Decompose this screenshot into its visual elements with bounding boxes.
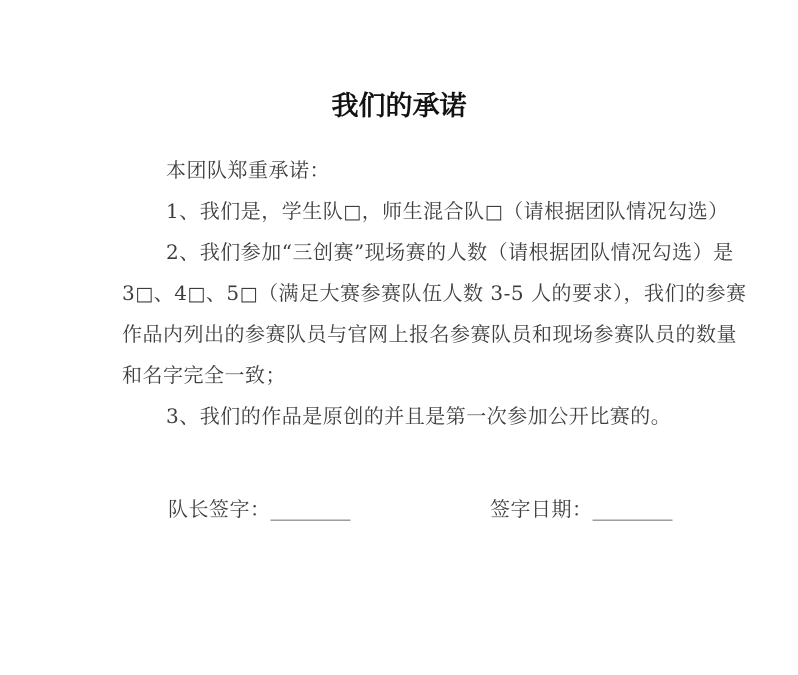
item-2-options-line: 3□、4□、5□（满足大赛参赛队伍人数 3-5 人的要求），我们的参赛 [122, 273, 722, 314]
item1-between-text: ，师生混合队 [362, 199, 485, 223]
checkbox-teacher-student-mixed-team[interactable]: □ [485, 203, 503, 222]
option-separator-2: 、 [206, 281, 227, 305]
item-2-line-1: 2、我们参加“三创赛”现场赛的人数（请根据团队情况勾选）是 [122, 232, 722, 273]
page-title: 我们的承诺 [0, 84, 798, 123]
option-5-number: 5 [226, 281, 239, 305]
pledge-intro-line: 本团队郑重承诺： [122, 150, 722, 191]
pledge-intro-text: 本团队郑重承诺： [166, 158, 330, 182]
item-2-line-3: 作品内列出的参赛队员与官网上报名参赛队员和现场参赛队员的数量 [122, 314, 722, 355]
option-3-number: 3 [122, 281, 135, 305]
checkbox-4-members[interactable]: □ [187, 285, 205, 304]
captain-signature-blank[interactable]: ________ [271, 489, 351, 530]
document-body: 本团队郑重承诺： 1、我们是，学生队□，师生混合队□（请根据团队情况勾选） 2、… [122, 150, 722, 437]
item-1-line: 1、我们是，学生队□，师生混合队□（请根据团队情况勾选） [122, 191, 722, 232]
item-2-line-4: 和名字完全一致； [122, 355, 722, 396]
signature-date-blank[interactable]: ________ [593, 489, 673, 530]
captain-signature-label: 队长签字： [168, 497, 271, 521]
item1-lead-text: 1、我们是，学生队 [166, 199, 343, 223]
signature-date-group: 签字日期：________ [490, 489, 673, 530]
checkbox-student-team[interactable]: □ [343, 203, 361, 222]
signature-row: 队长签字：________ 签字日期：________ [0, 489, 798, 530]
option-separator-1: 、 [154, 281, 175, 305]
item2-line3-text: 作品内列出的参赛队员与官网上报名参赛队员和现场参赛队员的数量 [122, 322, 737, 346]
option-4-number: 4 [174, 281, 187, 305]
signature-date-label: 签字日期： [490, 497, 593, 521]
item-3-line: 3、我们的作品是原创的并且是第一次参加公开比赛的。 [122, 396, 722, 437]
checkbox-5-members[interactable]: □ [240, 285, 258, 304]
item3-text: 3、我们的作品是原创的并且是第一次参加公开比赛的。 [166, 404, 671, 428]
item2-line4-text: 和名字完全一致； [122, 363, 286, 387]
item2-line2-tail-text: （满足大赛参赛队伍人数 3-5 人的要求），我们的参赛 [258, 281, 746, 305]
checkbox-3-members[interactable]: □ [135, 285, 153, 304]
captain-signature-group: 队长签字：________ [168, 489, 351, 530]
commitment-document-page: 我们的承诺 本团队郑重承诺： 1、我们是，学生队□，师生混合队□（请根据团队情况… [0, 0, 798, 675]
item2-line1-text: 2、我们参加“三创赛”现场赛的人数（请根据团队情况勾选）是 [166, 240, 734, 264]
item1-tail-text: （请根据团队情况勾选） [503, 199, 729, 223]
